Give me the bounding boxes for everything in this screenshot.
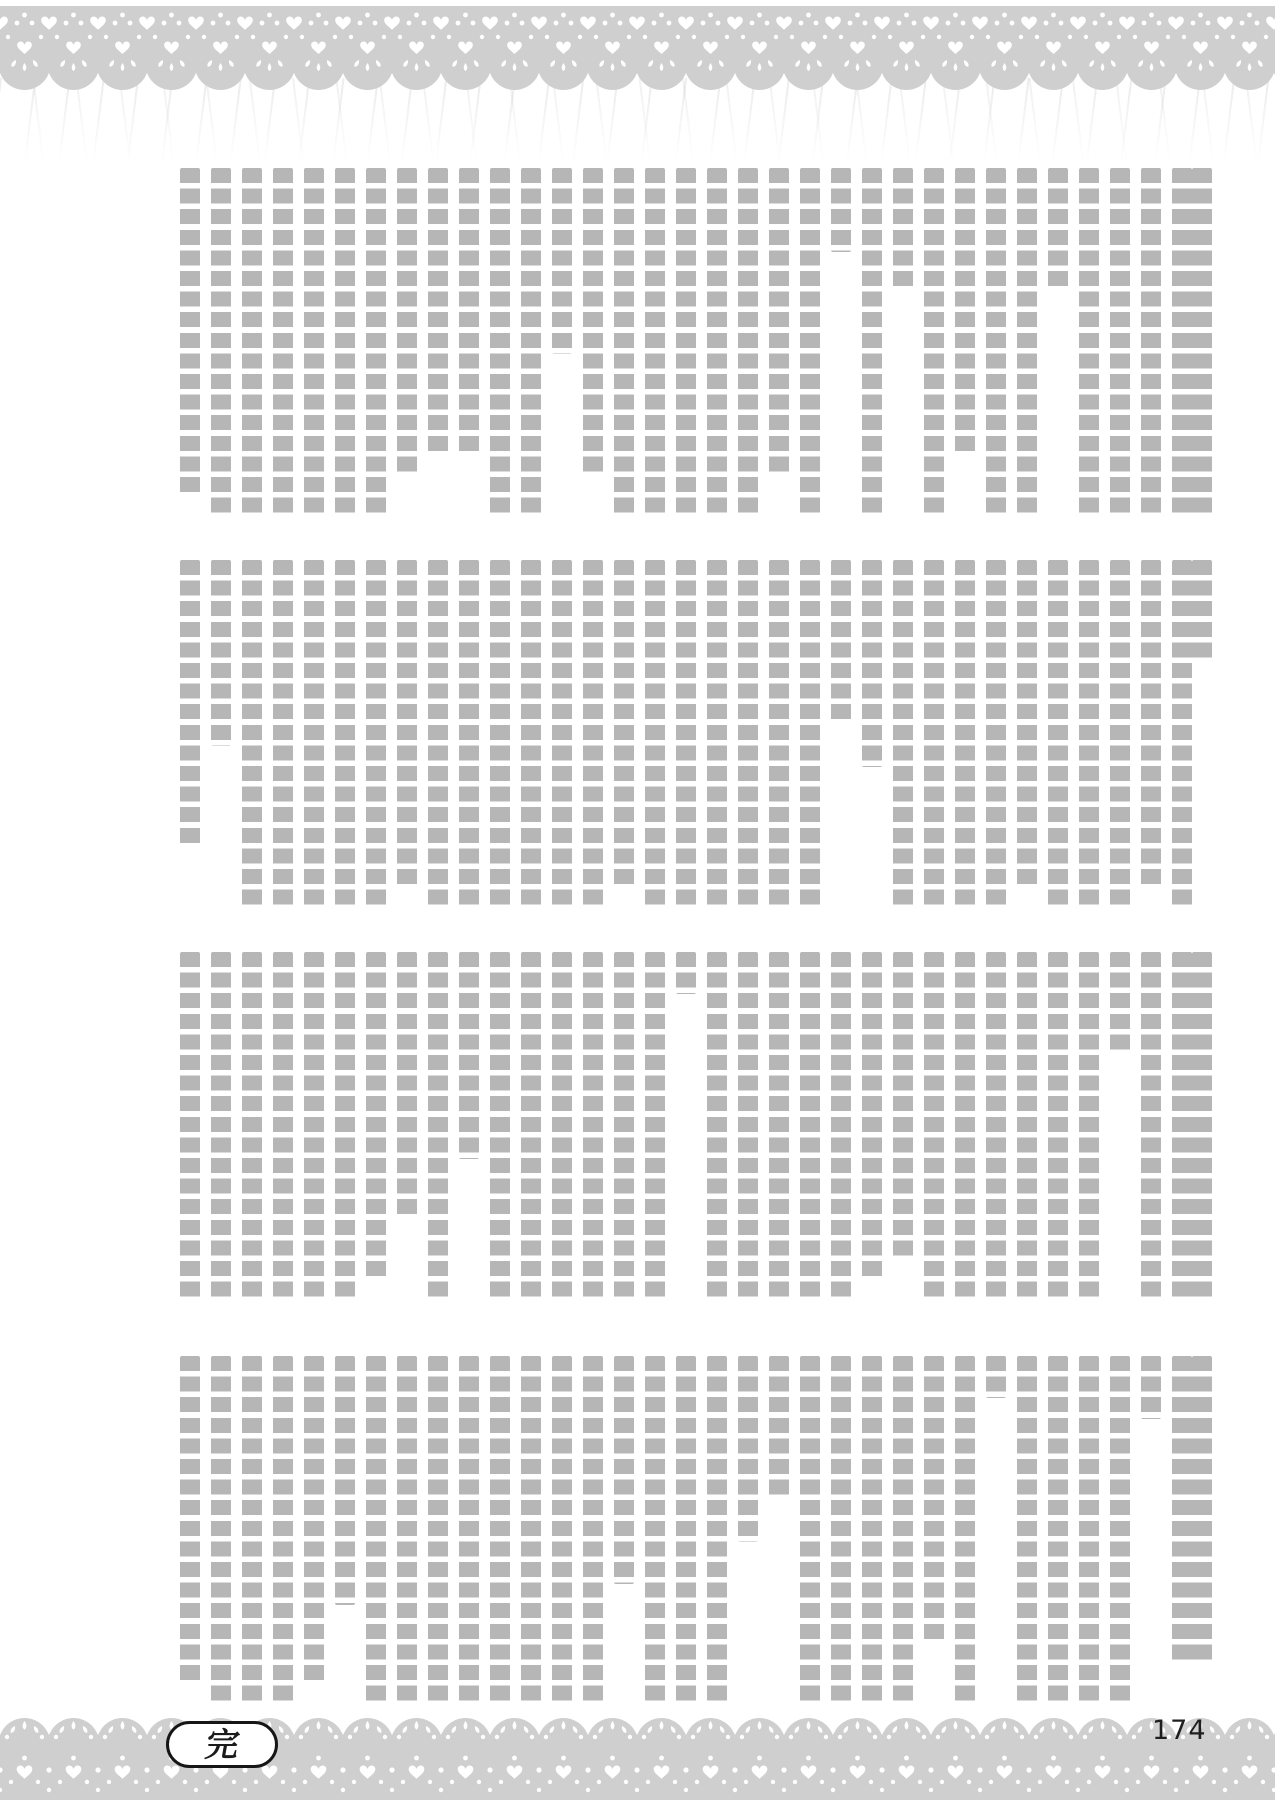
end-marker-label: 完 <box>203 1728 242 1761</box>
greeked-text-column <box>645 1356 665 1706</box>
greeked-text-column <box>645 560 665 910</box>
greeked-text-column <box>428 1356 448 1706</box>
greeked-text-column <box>1110 168 1130 518</box>
greeked-text-column <box>769 952 789 1302</box>
greeked-text-column <box>645 952 665 1302</box>
greeked-text-column <box>614 560 634 889</box>
greeked-text-column <box>552 952 572 1302</box>
greeked-text-column <box>800 168 820 518</box>
greeked-text-column <box>180 1356 200 1685</box>
greeked-text-column <box>1079 1356 1099 1706</box>
greeked-text-column <box>1048 560 1068 910</box>
greeked-text-column <box>676 560 696 910</box>
greeked-text-column <box>800 1356 820 1706</box>
greeked-text-column <box>583 952 603 1302</box>
greeked-text-column <box>428 560 448 910</box>
greeked-text-column <box>955 560 975 910</box>
greeked-text-column <box>862 1356 882 1706</box>
greeked-text-column <box>397 1356 417 1706</box>
greeked-text-column <box>211 560 231 746</box>
greeked-text-column <box>1192 168 1212 518</box>
greeked-text-column <box>924 168 944 518</box>
greeked-text-column <box>242 1356 262 1706</box>
greeked-text-column <box>552 168 572 354</box>
greeked-text-column <box>893 560 913 910</box>
greeked-text-column <box>738 560 758 910</box>
greeked-text-column <box>614 952 634 1302</box>
greeked-text-column <box>986 168 1006 518</box>
greeked-text-column <box>242 560 262 910</box>
greeked-text-column <box>769 1356 789 1500</box>
greeked-text-column <box>986 952 1006 1302</box>
greeked-text-column <box>893 952 913 1260</box>
greeked-text-column <box>459 1356 479 1706</box>
greeked-text-column <box>428 952 448 1302</box>
greeked-text-column <box>242 168 262 518</box>
greeked-text-column <box>335 168 355 518</box>
greeked-text-column <box>1141 560 1161 889</box>
greeked-text-column <box>769 168 789 476</box>
greeked-text-column <box>273 1356 293 1706</box>
greeked-text-column <box>490 560 510 910</box>
greeked-text-column <box>335 560 355 910</box>
greeked-text-column <box>583 168 603 476</box>
greeked-text-column <box>924 952 944 1302</box>
greeked-text-column <box>1192 952 1212 1302</box>
greeked-text-column <box>955 952 975 1302</box>
greeked-text-column <box>1017 952 1037 1302</box>
greeked-text-column <box>490 1356 510 1706</box>
greeked-text-column <box>738 952 758 1302</box>
end-marker: 完 <box>166 1721 278 1768</box>
greeked-text-column <box>521 560 541 910</box>
lace-border-top <box>0 6 1275 102</box>
greeked-text-column <box>676 168 696 518</box>
greeked-text-column <box>676 1356 696 1706</box>
greeked-text-column <box>1017 560 1037 889</box>
greeked-text-column <box>1141 1356 1161 1419</box>
greeked-text-column <box>366 1356 386 1706</box>
greeked-text-column <box>707 1356 727 1706</box>
greeked-text-column <box>180 168 200 497</box>
greeked-text-column <box>1079 952 1099 1302</box>
greeked-text-column <box>273 560 293 910</box>
greeked-text-column <box>955 1356 975 1706</box>
greeked-text-column <box>242 952 262 1302</box>
text-band-3 <box>158 952 1212 1302</box>
greeked-text-column <box>862 168 882 518</box>
greeked-text-column <box>831 168 851 252</box>
greeked-text-column <box>862 560 882 767</box>
greeked-text-column <box>304 1356 324 1685</box>
greeked-text-column <box>645 168 665 518</box>
greeked-text-column <box>955 168 975 455</box>
greeked-text-column <box>614 1356 634 1584</box>
greeked-text-column <box>490 952 510 1302</box>
greeked-text-column <box>583 560 603 910</box>
greeked-text-column <box>924 1356 944 1643</box>
greeked-text-column <box>366 560 386 910</box>
greeked-text-column <box>1141 952 1161 1302</box>
greeked-text-column <box>459 560 479 910</box>
greeked-text-column <box>180 560 200 847</box>
greeked-text-column <box>273 952 293 1302</box>
greeked-text-column <box>397 168 417 476</box>
greeked-text-column <box>397 952 417 1218</box>
greeked-text-column <box>862 952 882 1281</box>
greeked-text-column <box>459 168 479 455</box>
greeked-text-column <box>583 1356 603 1706</box>
greeked-text-column <box>986 1356 1006 1398</box>
greeked-text-column <box>1172 1356 1192 1664</box>
greeked-text-column <box>304 560 324 910</box>
greeked-text-column <box>707 560 727 910</box>
greeked-text-column <box>304 168 324 518</box>
greeked-text-column <box>335 952 355 1302</box>
greeked-text-column <box>1172 952 1192 1302</box>
greeked-text-column <box>1079 168 1099 518</box>
greeked-text-column <box>1048 1356 1068 1706</box>
greeked-text-column <box>211 168 231 518</box>
greeked-text-column <box>459 952 479 1159</box>
greeked-text-column <box>490 168 510 518</box>
greeked-text-column <box>1110 1356 1130 1706</box>
greeked-text-column <box>273 168 293 518</box>
greeked-text-column <box>1110 560 1130 910</box>
greeked-text-column <box>366 952 386 1281</box>
greeked-text-column <box>397 560 417 889</box>
greeked-text-column <box>366 168 386 518</box>
greeked-text-column <box>521 952 541 1302</box>
greeked-text-column <box>521 168 541 518</box>
greeked-text-column <box>1048 952 1068 1302</box>
greeked-text-column <box>738 168 758 518</box>
greeked-text-column <box>831 952 851 1302</box>
greeked-text-column <box>800 952 820 1302</box>
novel-page-scan: 完 174 <box>0 0 1275 1800</box>
greeked-text-column <box>552 560 572 910</box>
greeked-text-column <box>924 560 944 910</box>
greeked-text-column <box>335 1356 355 1605</box>
greeked-text-column <box>707 168 727 518</box>
greeked-text-column <box>1017 1356 1037 1706</box>
greeked-text-column <box>1110 952 1130 1054</box>
greeked-text-column <box>800 560 820 910</box>
greeked-text-column <box>1079 560 1099 910</box>
greeked-text-column <box>831 560 851 725</box>
greeked-text-column <box>769 560 789 910</box>
greeked-text-column <box>180 952 200 1302</box>
greeked-text-column <box>1192 1356 1212 1664</box>
page-number: 174 <box>1152 1716 1207 1746</box>
greeked-text-column <box>521 1356 541 1706</box>
greeked-text-column <box>738 1356 758 1542</box>
greeked-text-column <box>1172 560 1192 910</box>
greeked-text-column <box>614 168 634 518</box>
greeked-text-column <box>1172 168 1192 518</box>
greeked-text-column <box>1048 168 1068 291</box>
greeked-text-column <box>831 1356 851 1706</box>
text-band-2 <box>158 560 1212 910</box>
greeked-text-column <box>552 1356 572 1706</box>
greeked-text-column <box>676 952 696 994</box>
text-band-4 <box>158 1356 1212 1706</box>
greeked-text-column <box>893 1356 913 1706</box>
greeked-text-column <box>428 168 448 455</box>
greeked-text-column <box>1141 168 1161 518</box>
greeked-text-column <box>986 560 1006 910</box>
text-band-1 <box>158 168 1212 518</box>
greeked-text-column <box>1017 168 1037 518</box>
greeked-text-column <box>211 1356 231 1706</box>
greeked-text-column <box>211 952 231 1302</box>
greeked-text-column <box>893 168 913 291</box>
greeked-text-column <box>707 952 727 1302</box>
greeked-text-column <box>304 952 324 1302</box>
greeked-text-column <box>1192 560 1212 662</box>
